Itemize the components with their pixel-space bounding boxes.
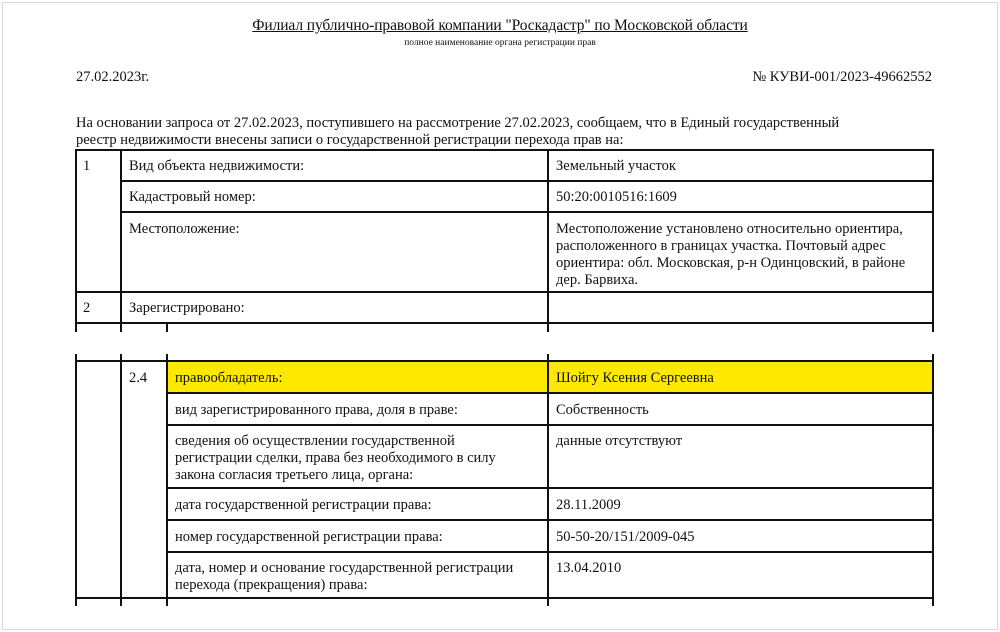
table-line — [166, 551, 934, 553]
row-label: сведения об осуществлении государственно… — [175, 433, 520, 484]
section-number: 2 — [83, 300, 90, 317]
table-line — [75, 149, 77, 332]
organization-caption: полное наименование органа регистрации п… — [0, 38, 1000, 48]
table-line — [75, 597, 934, 599]
table-line — [120, 149, 122, 332]
row-label: дата государственной регистрации права: — [175, 497, 540, 514]
row-value: 28.11.2009 — [556, 497, 926, 514]
table-line — [75, 149, 934, 151]
table-line — [121, 180, 934, 182]
intro-line-2: реестр недвижимости внесены записи о гос… — [76, 132, 936, 149]
table-line — [166, 519, 934, 521]
table-line — [75, 322, 934, 324]
row-value: 50-50-20/151/2009-045 — [556, 529, 926, 546]
row-value: 50:20:0010516:1609 — [556, 189, 926, 206]
table-line — [75, 354, 77, 606]
row-label: номер государственной регистрации права: — [175, 529, 540, 546]
table-line — [166, 322, 168, 332]
row-label: дата, номер и основание государственной … — [175, 560, 543, 594]
table-line — [75, 360, 934, 362]
subsection-number: 2.4 — [129, 370, 147, 387]
document-number: № КУВИ-001/2023-49662552 — [752, 69, 932, 86]
table-line — [547, 354, 549, 606]
row-label: Вид объекта недвижимости: — [129, 158, 539, 175]
row-label: вид зарегистрированного права, доля в пр… — [175, 402, 540, 419]
table-line — [166, 354, 168, 606]
table-line — [75, 291, 934, 293]
document-date: 27.02.2023г. — [76, 69, 149, 86]
row-value: 13.04.2010 — [556, 560, 926, 577]
row-label: Зарегистрировано: — [129, 300, 539, 317]
row-value: Местоположение установлено относительно … — [556, 221, 928, 289]
row-value: Шойгу Ксения Сергеевна — [556, 370, 926, 387]
table-line — [166, 487, 934, 489]
row-value: данные отсутствуют — [556, 433, 926, 450]
table-line — [166, 424, 934, 426]
row-value: Собственность — [556, 402, 926, 419]
row-value: Земельный участок — [556, 158, 926, 175]
table-line — [547, 149, 549, 332]
table-line — [121, 211, 934, 213]
table-line — [120, 354, 122, 606]
organization-title: Филиал публично-правовой компании "Роска… — [0, 17, 1000, 35]
table-line — [932, 354, 934, 606]
row-label: правообладатель: — [175, 370, 540, 387]
intro-paragraph: На основании запроса от 27.02.2023, пост… — [76, 115, 936, 149]
table-line — [166, 392, 934, 394]
row-label: Кадастровый номер: — [129, 189, 539, 206]
intro-line-1: На основании запроса от 27.02.2023, пост… — [76, 115, 839, 131]
table-line — [932, 149, 934, 332]
section-number: 1 — [83, 158, 90, 175]
row-label: Местоположение: — [129, 221, 539, 238]
